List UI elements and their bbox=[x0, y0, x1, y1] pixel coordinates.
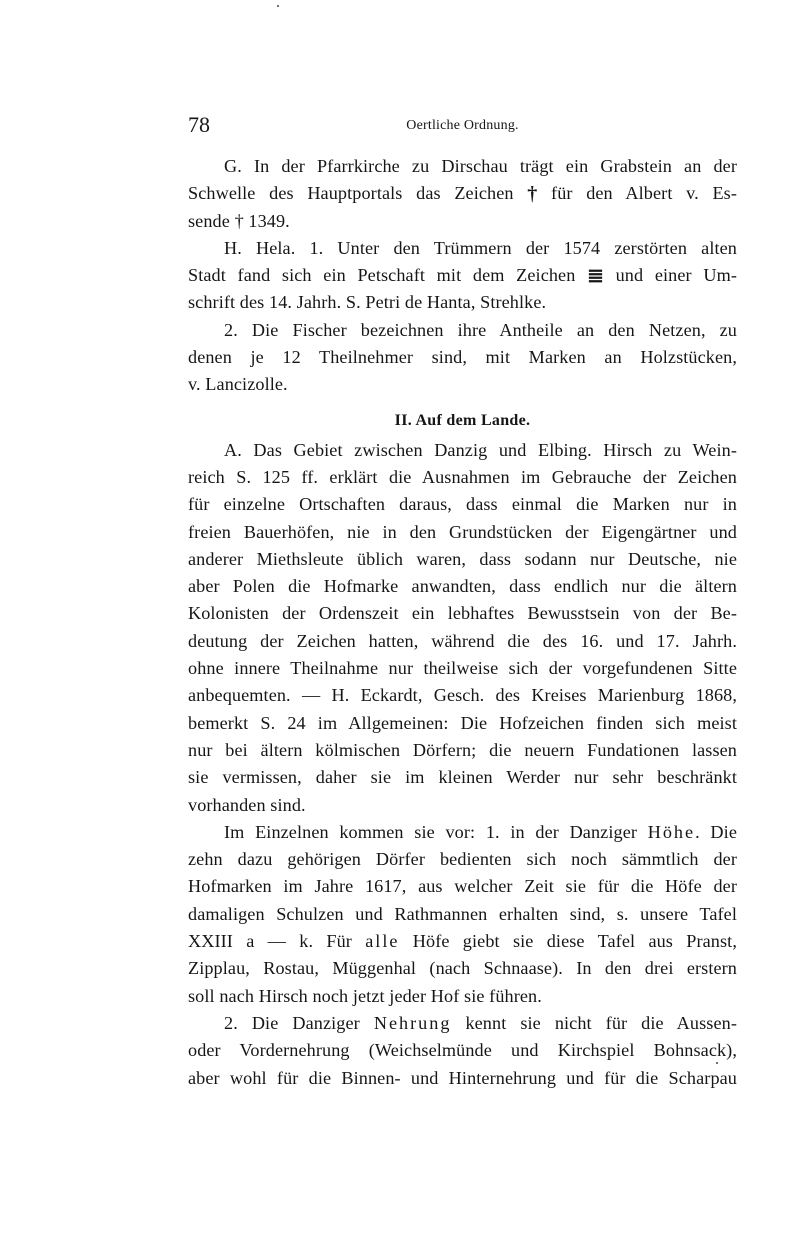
body-text: G. In der Pfarrkirche zu Dirschau trägt … bbox=[188, 153, 737, 1092]
text-line: aber Polen die Hofmarke anwandten, dass … bbox=[188, 573, 737, 600]
text-line: schrift des 14. Jahrh. S. Petri de Hanta… bbox=[188, 289, 737, 316]
text-line: Stadt fand sich ein Petschaft mit dem Ze… bbox=[188, 262, 737, 289]
dagger-icon: † bbox=[235, 211, 244, 231]
text-line: anbequemten. — H. Eckardt, Gesch. des Kr… bbox=[188, 682, 737, 709]
paragraph-a1: Im Einzelnen kommen sie vor: 1. in der D… bbox=[188, 819, 737, 1010]
spaced-emphasis: Nehrung bbox=[374, 1013, 452, 1033]
text-line: v. Lancizolle. bbox=[188, 371, 737, 398]
text-line: reich S. 125 ff. erklärt die Ausnahmen i… bbox=[188, 464, 737, 491]
text-line: freien Bauerhöfen, nie in den Grundstück… bbox=[188, 519, 737, 546]
text-line: zehn dazu gehörigen Dörfer bedienten sic… bbox=[188, 846, 737, 873]
text-line: A. Das Gebiet zwischen Danzig und Elbing… bbox=[188, 437, 737, 464]
section-heading: II. Auf dem Lande. bbox=[188, 407, 737, 434]
text-line: für einzelne Ortschaften daraus, dass ei… bbox=[188, 491, 737, 518]
text-line: anderer Miethsleute üblich waren, dass s… bbox=[188, 546, 737, 573]
house-mark-dirschau-icon: † bbox=[527, 185, 537, 203]
running-head: 78 Oertliche Ordnung. bbox=[188, 112, 737, 138]
text-line: XXIII a — k. Für alle Höfe giebt sie die… bbox=[188, 928, 737, 955]
text-line: sende † 1349. bbox=[188, 208, 737, 235]
text-line: oder Vordernehrung (Weichselmünde und Ki… bbox=[188, 1037, 737, 1064]
house-mark-hela-icon: ≣ bbox=[587, 267, 604, 285]
spaced-emphasis: Höhe bbox=[648, 822, 695, 842]
text-line: soll nach Hirsch noch jetzt jeder Hof si… bbox=[188, 983, 737, 1010]
text-line: deutung der Zeichen hatten, während die … bbox=[188, 628, 737, 655]
text-line: G. In der Pfarrkirche zu Dirschau trägt … bbox=[188, 153, 737, 180]
text-line: 2. Die Danziger Nehrung kennt sie nicht … bbox=[188, 1010, 737, 1037]
text-line: Kolonisten der Ordenszeit ein lebhaftes … bbox=[188, 600, 737, 627]
text-line: vorhanden sind. bbox=[188, 792, 737, 819]
spaced-emphasis: alle bbox=[365, 931, 399, 951]
text-line: Schwelle des Hauptportals das Zeichen † … bbox=[188, 180, 737, 207]
text-line: damaligen Schulzen und Rathmannen erhalt… bbox=[188, 901, 737, 928]
paragraph-a2: 2. Die Danziger Nehrung kennt sie nicht … bbox=[188, 1010, 737, 1092]
text-line: sie vermissen, daher sie im kleinen Werd… bbox=[188, 764, 737, 791]
text-line: nur bei ältern kölmischen Dörfern; die n… bbox=[188, 737, 737, 764]
paragraph-h2: 2. Die Fischer bezeichnen ihre Antheile … bbox=[188, 317, 737, 399]
book-page: 78 Oertliche Ordnung. G. In der Pfarrkir… bbox=[188, 0, 737, 1236]
text-line: Hofmarken im Jahre 1617, aus welcher Zei… bbox=[188, 873, 737, 900]
text-line: denen je 12 Theilnehmer sind, mit Marken… bbox=[188, 344, 737, 371]
text-line: bemerkt S. 24 im Allgemeinen: Die Hofzei… bbox=[188, 710, 737, 737]
text-line: aber wohl für die Binnen- und Hinternehr… bbox=[188, 1065, 737, 1092]
paragraph-g: G. In der Pfarrkirche zu Dirschau trägt … bbox=[188, 153, 737, 235]
paragraph-h1: H. Hela. 1. Unter den Trümmern der 1574 … bbox=[188, 235, 737, 317]
text-line: 2. Die Fischer bezeichnen ihre Antheile … bbox=[188, 317, 737, 344]
paragraph-a: A. Das Gebiet zwischen Danzig und Elbing… bbox=[188, 437, 737, 819]
text-line: Zipplau, Rostau, Müggenhal (nach Schnaas… bbox=[188, 955, 737, 982]
text-line: Im Einzelnen kommen sie vor: 1. in der D… bbox=[188, 819, 737, 846]
text-line: H. Hela. 1. Unter den Trümmern der 1574 … bbox=[188, 235, 737, 262]
text-line: ohne innere Theilnahme nur theilweise si… bbox=[188, 655, 737, 682]
running-title: Oertliche Ordnung. bbox=[188, 115, 737, 137]
